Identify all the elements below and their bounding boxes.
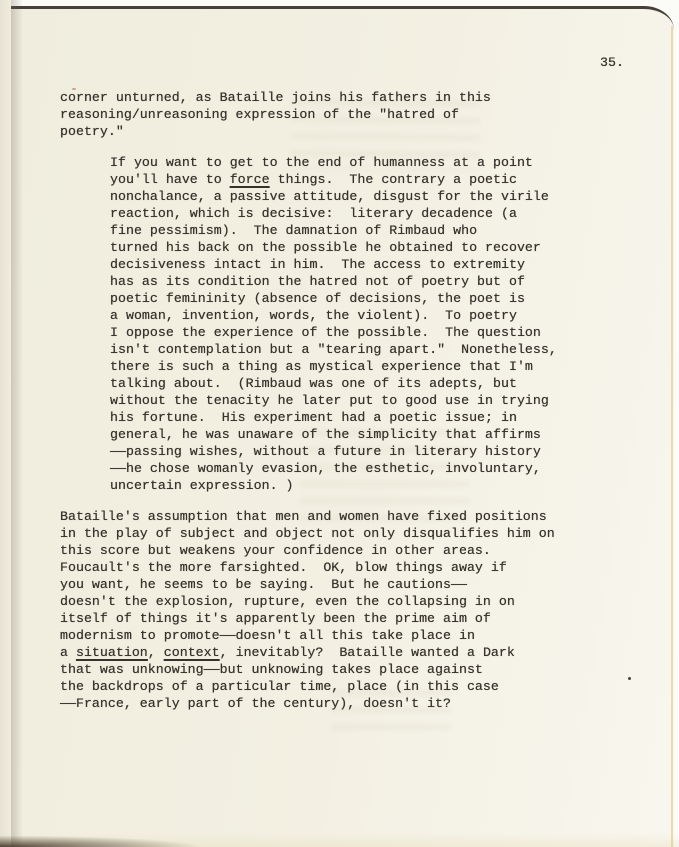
scanned-document: 35. corner unturned, as Bataille joins h… bbox=[0, 0, 679, 847]
text-line: talking about. (Rimbaud was one of its a… bbox=[110, 375, 635, 392]
paper-speck bbox=[628, 677, 631, 680]
text-line: uncertain expression. ) bbox=[110, 477, 635, 494]
text-line: has as its condition the hatred not of p… bbox=[110, 273, 635, 290]
text-line: in the play of subject and object not on… bbox=[60, 525, 635, 542]
text-line: ——passing wishes, without a future in li… bbox=[110, 443, 635, 460]
text-line: reaction, which is decisive: literary de… bbox=[110, 205, 635, 222]
text-line: his fortune. His experiment had a poetic… bbox=[110, 409, 635, 426]
text-line: turned his back on the possible he obtai… bbox=[110, 239, 635, 256]
text-line: poetic femininity (absence of decisions,… bbox=[110, 290, 635, 307]
text-line: reasoning/unreasoning expression of the … bbox=[60, 106, 635, 123]
text-line: you want, he seems to be saying. But he … bbox=[60, 576, 635, 593]
text-line: Foucault's the more farsighted. OK, blow… bbox=[60, 559, 635, 576]
paragraph: corner unturned, as Bataille joins his f… bbox=[60, 89, 635, 140]
text-line: itself of things it's apparently been th… bbox=[60, 610, 635, 627]
text-line: a woman, invention, words, the violent).… bbox=[110, 307, 635, 324]
text-line: general, he was unaware of the simplicit… bbox=[110, 426, 635, 443]
text-line: fine pessimism). The damnation of Rimbau… bbox=[110, 222, 635, 239]
text-line: there is such a thing as mystical experi… bbox=[110, 358, 635, 375]
text-line: nonchalance, a passive attitude, disgust… bbox=[110, 188, 635, 205]
block-quote: If you want to get to the end of humanne… bbox=[60, 154, 635, 494]
underlined-text: force bbox=[230, 172, 270, 187]
text-line: ——he chose womanly evasion, the esthetic… bbox=[110, 460, 635, 477]
text-line: isn't contemplation but a "tearing apart… bbox=[110, 341, 635, 358]
text-line: decisiveness intact in him. The access t… bbox=[110, 256, 635, 273]
text-line: you'll have to force things. The contrar… bbox=[110, 171, 635, 188]
paragraph: Bataille's assumption that men and women… bbox=[60, 508, 635, 712]
page-body: corner unturned, as Bataille joins his f… bbox=[60, 89, 635, 725]
text-line: that was unknowing——but unknowing takes … bbox=[60, 661, 635, 678]
binding-gutter bbox=[0, 0, 11, 847]
text-line: a situation, context, inevitably? Batail… bbox=[60, 644, 635, 661]
text-line: corner unturned, as Bataille joins his f… bbox=[60, 89, 635, 106]
text-line: ——France, early part of the century), do… bbox=[60, 695, 635, 712]
text-line: this score but weakens your confidence i… bbox=[60, 542, 635, 559]
paper-speck bbox=[72, 88, 76, 90]
text-line: I oppose the experience of the possible.… bbox=[110, 324, 635, 341]
text-line: If you want to get to the end of humanne… bbox=[110, 154, 635, 171]
text-line: doesn't the explosion, rupture, even the… bbox=[60, 593, 635, 610]
text-line: the backdrops of a particular time, plac… bbox=[60, 678, 635, 695]
text-line: modernism to promote——doesn't all this t… bbox=[60, 627, 635, 644]
text-line: poetry." bbox=[60, 123, 635, 140]
underlined-text: situation bbox=[76, 645, 148, 660]
underlined-text: context bbox=[164, 645, 220, 660]
text-line: without the tenacity he later put to goo… bbox=[110, 392, 635, 409]
scan-bottom-shadow bbox=[0, 825, 300, 847]
gutter-shadow bbox=[11, 0, 23, 847]
text-line: Bataille's assumption that men and women… bbox=[60, 508, 635, 525]
page-number: 35. bbox=[600, 55, 624, 70]
page-edge-line bbox=[671, 26, 673, 847]
